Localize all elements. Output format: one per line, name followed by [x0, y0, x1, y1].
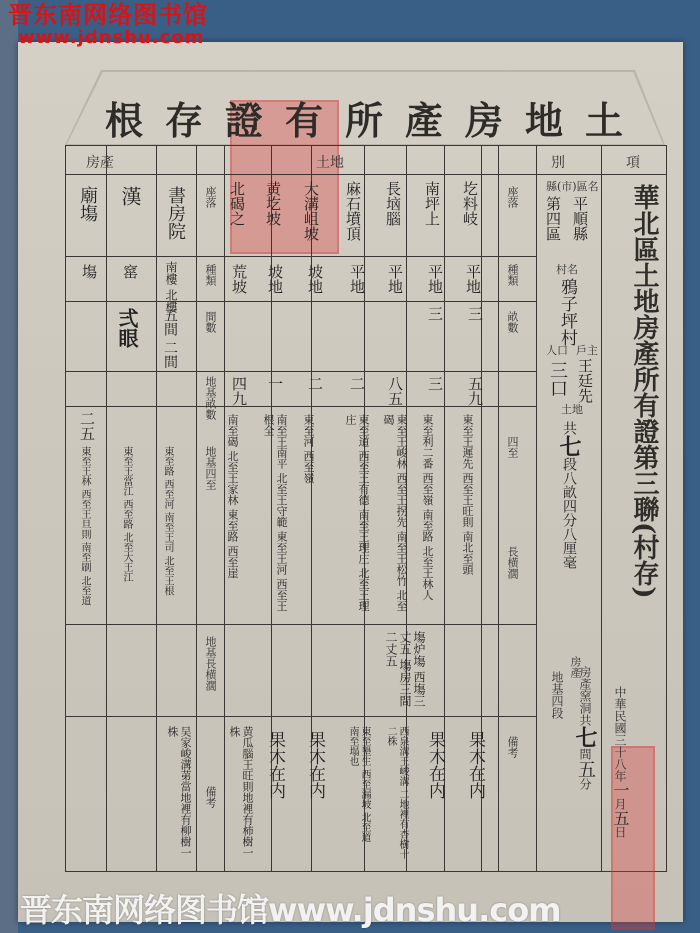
land-li-unit: 厘	[561, 541, 577, 555]
house-base-value: 四段	[550, 695, 564, 719]
land-label: 土地	[561, 401, 583, 419]
date-month: 一	[611, 782, 630, 798]
house-rooms-value: 七	[572, 726, 598, 748]
background-edge	[0, 0, 18, 933]
house-rooms: 五間 二間	[162, 308, 178, 368]
house-label-base-dims: 地基長横濶	[201, 636, 219, 691]
plot-remarks: 果木在内	[306, 731, 324, 799]
village-value: 鴉子坪村	[558, 278, 576, 346]
house-type: 塲	[80, 264, 98, 279]
date-day-unit: 日	[613, 826, 627, 838]
land-plots-unit: 段	[561, 457, 577, 471]
house-base: 地基四段	[548, 671, 566, 719]
plot-boundaries: 東至利二番 西至嶺 南至路 北至王林人	[421, 414, 434, 619]
house-label-base-boundaries: 地基四至	[201, 446, 219, 490]
house-type: 南樓 北樓	[164, 261, 178, 313]
plot-remarks: 果木在内	[266, 731, 284, 799]
county-value: 平順縣	[571, 196, 589, 241]
house-location: 書房院	[166, 186, 184, 240]
plot-type: 荒坡	[230, 264, 248, 294]
grid-line	[66, 624, 536, 625]
land-label-boundaries: 四至	[503, 436, 521, 458]
document-title: 土地房產所有證存根	[105, 90, 645, 145]
item-header-2: 項	[626, 152, 640, 172]
house-type: 窰	[121, 264, 139, 279]
grid-line	[66, 256, 536, 257]
house-rooms-prefix: 房產窯洞共	[578, 666, 592, 726]
date-year: 三十八	[613, 734, 627, 770]
grid-line	[536, 146, 537, 871]
land-hao-unit: 毫	[561, 555, 577, 569]
plot-fen: 五九	[466, 376, 484, 406]
house-boundaries: 東至王當江 西至路 北至大王江	[120, 446, 132, 616]
plot-location: 長垴腦	[384, 181, 402, 226]
plot-fen: 二	[306, 376, 324, 391]
grid-line	[66, 716, 536, 717]
plot-type: 平地	[426, 264, 444, 294]
watermark-top-url: www.jdnshu.com	[8, 28, 208, 48]
plot-mu: 三	[426, 306, 444, 321]
land-fen: 四	[561, 499, 577, 513]
house-location: 廟塲	[78, 186, 96, 222]
grid-line	[536, 174, 666, 175]
plot-boundaries: 南至碣 北至王家林 東至路 西至崖	[226, 414, 239, 619]
persons-value: 三口	[548, 361, 566, 397]
house-boundaries: 東至路 西至河 南至王司 北至王根	[161, 446, 173, 616]
plot-location: 黄圪坡	[264, 181, 282, 226]
date-year-unit: 年	[613, 770, 627, 782]
plot-boundaries: 東至道 西至王有德 南至王理庄 北至王理庄	[344, 414, 370, 619]
watermark-top: 晋东南网络图书馆 www.jdnshu.com	[8, 2, 208, 48]
plot-fen: 八五	[386, 376, 404, 406]
plot-location: 大溝岨坡	[302, 181, 320, 241]
house-label-base-area: 地基畝數	[201, 376, 219, 420]
house-rooms-unit: 間	[578, 748, 592, 760]
plot-remarks: 果木在内	[466, 731, 484, 799]
house-location: 漢	[121, 186, 139, 206]
plot-remarks: 西泉溝王峻溝 二地裡有杏樹十二株	[384, 726, 408, 861]
land-plots: 七	[556, 435, 582, 457]
watermark-bottom: 晋东南网络图书馆www.jdnshu.com	[20, 892, 561, 928]
plot-boundaries: 東至河 西至嶺	[302, 414, 315, 619]
land-section-header: 土地	[316, 152, 344, 172]
county-label: 縣(市)區名	[546, 178, 599, 196]
house-rooms: 弍眼	[118, 308, 136, 348]
house-boundaries: 東至王林 西至王旦則 南至刷 北至道	[78, 446, 90, 616]
grid-line	[66, 406, 536, 407]
plot-boundaries: 東至王峻林 西至王拐先 南至王松竹 北至碣	[382, 414, 408, 619]
owner-value: 王廷先	[576, 358, 594, 403]
plot-type: 平地	[386, 264, 404, 294]
land-mu-unit: 畝	[561, 485, 577, 499]
land-label-location: 座落	[503, 186, 521, 208]
house-fen: 五	[575, 760, 596, 778]
land-mu: 八	[561, 471, 577, 485]
land-label-dimensions: 長横濶	[503, 546, 521, 579]
vertical-subtitle: (村存)	[629, 522, 659, 599]
plot-location: 圪料岐	[461, 181, 479, 226]
house-rooms-total: 房產窯洞共七間五分	[576, 666, 594, 866]
plot-type: 坡地	[306, 264, 324, 294]
house-label-remarks: 備考	[201, 786, 219, 808]
land-li: 八	[561, 527, 577, 541]
date-prefix: 中華民國	[613, 686, 627, 734]
plot-boundaries: 東至王遲先 西至王旺則 南北至頭	[461, 414, 474, 619]
house-extra-note: 吴家峻溝苐當地裡有柳樹一株	[166, 726, 192, 866]
plot-type: 平地	[464, 264, 482, 294]
house-fen-unit: 分	[578, 778, 592, 790]
plot-mu: 三	[466, 306, 484, 321]
plot-type: 坡地	[266, 264, 284, 294]
watermark-top-name: 晋东南网络图书馆	[8, 2, 208, 28]
plot-fen: 二	[348, 376, 366, 391]
land-label-type: 種類	[503, 264, 521, 286]
land-total-prefix: 共	[561, 421, 577, 435]
date-day: 五	[611, 810, 630, 826]
plot-remarks: 東至墾生 西至漏坡 北至道 南至塌也	[346, 726, 370, 846]
grid-line	[66, 371, 536, 372]
house-label-rooms: 間數	[201, 311, 219, 333]
vertical-title: 華北區土地房產所有證第三聯(村存)	[629, 184, 659, 599]
house-base-label: 地基	[550, 671, 564, 695]
vertical-title-text: 華北區土地房產所有證第三聯	[629, 184, 659, 522]
house-base-area: 二五	[78, 411, 96, 441]
plot-location: 南坪上	[423, 181, 441, 226]
plot-remarks: 果木在内	[426, 731, 444, 799]
house-label-location: 座落	[201, 186, 219, 208]
plot-remarks: 黄瓜腦王旺則地裡有柿樹一株	[228, 726, 254, 866]
house-section-header: 房產	[86, 152, 114, 172]
village-label: 村名	[556, 261, 578, 279]
land-certificate-form: 土地房產所有證存根 房產 土地 別 項 座落 種類 畝數 四至 長	[65, 70, 665, 870]
persons-label: 人口	[546, 342, 568, 360]
plot-fen: 四九	[230, 376, 248, 406]
grid-line	[224, 146, 225, 871]
plot-fen: 一	[266, 376, 284, 391]
form-grid: 房產 土地 別 項 座落 種類 畝數 四至 長横濶 備考 圪料岐 南坪上 長垴腦…	[65, 145, 667, 872]
item-header: 別	[551, 152, 565, 172]
district-value: 第四區	[544, 196, 562, 241]
plot-fen: 三	[426, 376, 444, 391]
land-label-area: 畝數	[503, 311, 521, 333]
plot-location: 麻石墳頂	[344, 181, 362, 241]
plot-boundaries: 南至王南平 北至王守範 東至王河 西至王根全	[262, 414, 288, 619]
grid-line	[66, 174, 536, 175]
date-month-unit: 月	[613, 798, 627, 810]
grid-line	[196, 146, 197, 871]
grid-line	[66, 301, 536, 302]
plot-type: 平地	[348, 264, 366, 294]
house-label-type: 種類	[201, 264, 219, 286]
grid-line	[106, 146, 107, 871]
land-fen-unit: 分	[561, 513, 577, 527]
issue-date: 中華民國三十八年一月五日	[611, 686, 629, 906]
plot-location: 北碣之	[228, 181, 246, 226]
land-total: 共七段八畝四分八厘毫	[561, 421, 577, 651]
grid-line	[498, 146, 499, 871]
plot-extra-note: 塲炉塲 西塲三丈五 塲房三間 二丈五	[384, 631, 426, 716]
land-label-remarks: 備考	[503, 736, 521, 758]
grid-line	[601, 146, 602, 871]
grid-line	[156, 146, 157, 871]
